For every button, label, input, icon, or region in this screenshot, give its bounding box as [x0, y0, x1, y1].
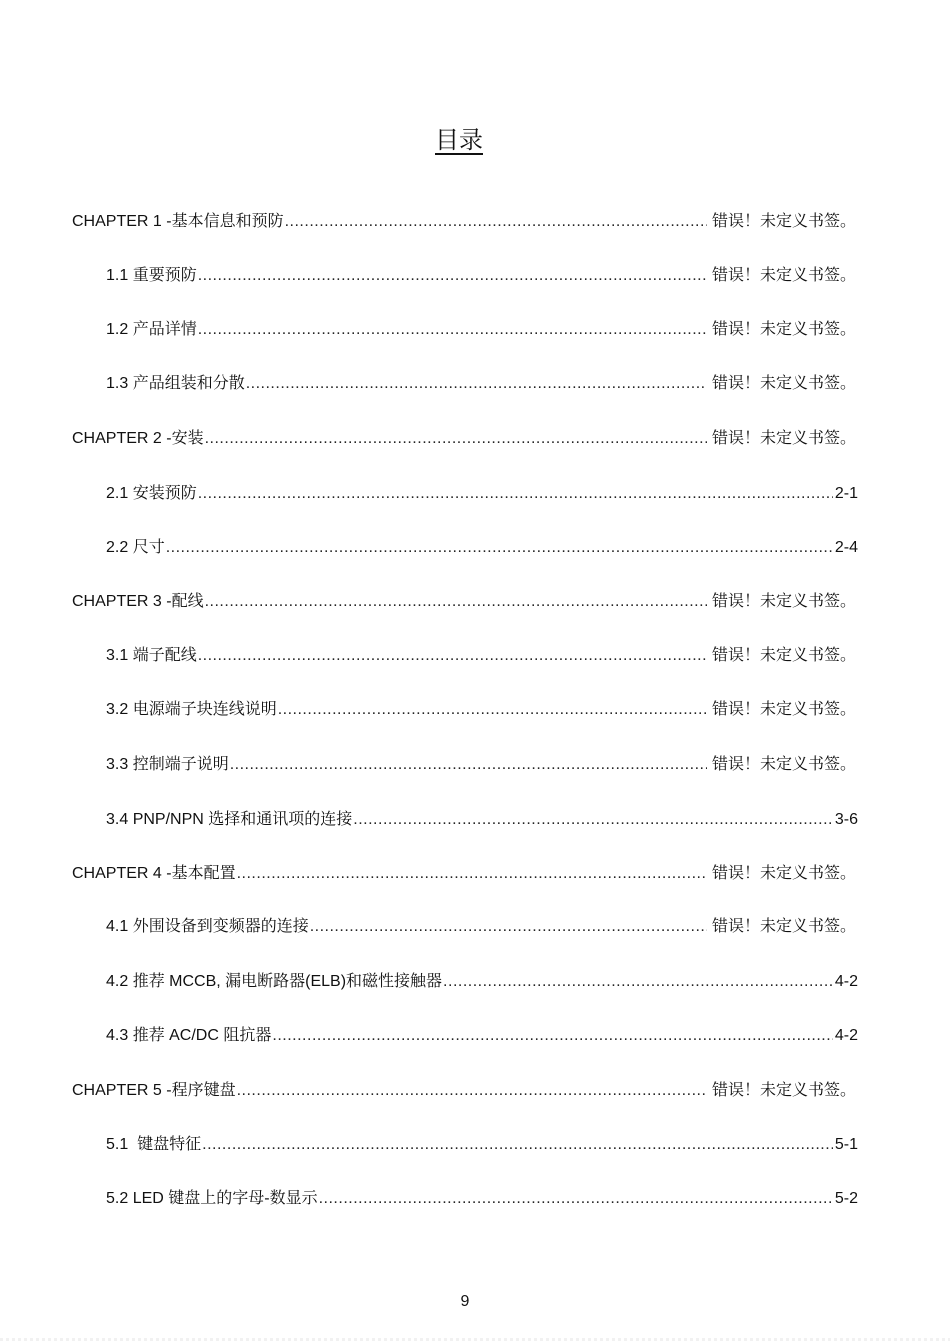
- page-reference: 5-1: [835, 1134, 858, 1156]
- page-bottom-edge: [0, 1338, 950, 1341]
- dot-leader: [285, 211, 707, 233]
- page-reference: 错误！未定义书签。: [709, 754, 856, 776]
- dot-leader: [205, 428, 707, 450]
- page-reference: 错误！未定义书签。: [709, 428, 856, 450]
- entry-title: 1.3 产品组装和分散: [106, 373, 245, 395]
- dot-leader: [278, 699, 707, 721]
- toc-entry-1-2[interactable]: 1.2 产品详情 错误！未定义书签。: [106, 319, 856, 341]
- page-reference: 错误！未定义书签。: [709, 1080, 856, 1102]
- page-number: 9: [0, 1292, 930, 1312]
- toc-entry-4-1[interactable]: 4.1 外围设备到变频器的连接 错误！未定义书签。: [106, 916, 856, 938]
- chapter-label: CHAPTER 5 -: [72, 1080, 172, 1102]
- dot-leader: [198, 319, 707, 341]
- dot-leader: [198, 265, 707, 287]
- toc-entry-1-1[interactable]: 1.1 重要预防 错误！未定义书签。: [106, 265, 856, 287]
- entry-title: 4.1 外围设备到变频器的连接: [106, 916, 309, 938]
- entry-title: 基本配置: [172, 863, 236, 885]
- dot-leader: [198, 645, 707, 667]
- entry-title: 2.2 尺寸: [106, 537, 165, 559]
- chapter-label: CHAPTER 2 -: [72, 428, 172, 450]
- dot-leader: [246, 373, 707, 395]
- dot-leader: [202, 1134, 833, 1156]
- entry-title: 3.1 端子配线: [106, 645, 197, 667]
- page-reference: 3-6: [835, 809, 858, 831]
- toc-entry-chapter-5[interactable]: CHAPTER 5 - 程序键盘 错误！未定义书签。: [72, 1080, 856, 1102]
- entry-title: 安装: [172, 428, 204, 450]
- page-reference: 错误！未定义书签。: [709, 265, 856, 287]
- toc-entry-chapter-2[interactable]: CHAPTER 2 - 安装 错误！未定义书签。: [72, 428, 856, 450]
- toc-entry-2-2[interactable]: 2.2 尺寸 2-4: [106, 537, 858, 559]
- page-reference: 4-2: [835, 971, 858, 993]
- entry-title: 3.3 控制端子说明: [106, 754, 229, 776]
- entry-title: 3.2 电源端子块连线说明: [106, 699, 277, 721]
- entry-title: 配线: [172, 591, 204, 613]
- page-reference: 4-2: [835, 1025, 858, 1047]
- toc-entry-2-1[interactable]: 2.1 安装预防 2-1: [106, 483, 858, 505]
- dot-leader: [310, 916, 707, 938]
- dot-leader: [205, 591, 707, 613]
- toc-entry-5-1[interactable]: 5.1 键盘特征 5-1: [106, 1134, 858, 1156]
- entry-title: 4.2 推荐 MCCB, 漏电断路器(ELB)和磁性接触器: [106, 971, 442, 993]
- toc-entry-chapter-1[interactable]: CHAPTER 1 - 基本信息和预防 错误！未定义书签。: [72, 211, 856, 233]
- toc-entry-3-3[interactable]: 3.3 控制端子说明 错误！未定义书签。: [106, 754, 856, 776]
- dot-leader: [166, 537, 833, 559]
- page-reference: 错误！未定义书签。: [709, 863, 856, 885]
- entry-title: 基本信息和预防: [172, 211, 284, 233]
- toc-entry-4-3[interactable]: 4.3 推荐 AC/DC 阻抗器 4-2: [106, 1025, 858, 1047]
- toc-entry-3-4[interactable]: 3.4 PNP/NPN 选择和通讯项的连接 3-6: [106, 809, 858, 831]
- chapter-label: CHAPTER 4 -: [72, 863, 172, 885]
- toc-entry-3-2[interactable]: 3.2 电源端子块连线说明 错误！未定义书签。: [106, 699, 856, 721]
- page-reference: 5-2: [835, 1188, 858, 1210]
- entry-title: 程序键盘: [172, 1080, 236, 1102]
- dot-leader: [237, 1080, 707, 1102]
- entry-title: 1.2 产品详情: [106, 319, 197, 341]
- toc-entry-4-2[interactable]: 4.2 推荐 MCCB, 漏电断路器(ELB)和磁性接触器 4-2: [106, 971, 858, 993]
- entry-title: 3.4 PNP/NPN 选择和通讯项的连接: [106, 809, 352, 831]
- toc-heading: 目录: [0, 126, 918, 156]
- page-reference: 错误！未定义书签。: [709, 373, 856, 395]
- toc-entry-5-2[interactable]: 5.2 LED 键盘上的字母-数显示 5-2: [106, 1188, 858, 1210]
- toc-heading-text: 目录: [435, 127, 483, 154]
- toc-entry-3-1[interactable]: 3.1 端子配线 错误！未定义书签。: [106, 645, 856, 667]
- toc-entry-chapter-4[interactable]: CHAPTER 4 - 基本配置 错误！未定义书签。: [72, 863, 856, 885]
- page-reference: 错误！未定义书签。: [709, 591, 856, 613]
- chapter-label: CHAPTER 1 -: [72, 211, 172, 233]
- dot-leader: [230, 754, 707, 776]
- page-reference: 2-1: [835, 483, 858, 505]
- page-reference: 错误！未定义书签。: [709, 645, 856, 667]
- dot-leader: [319, 1188, 833, 1210]
- dot-leader: [443, 971, 833, 993]
- page-reference: 错误！未定义书签。: [709, 319, 856, 341]
- entry-title: 2.1 安装预防: [106, 483, 197, 505]
- dot-leader: [353, 809, 833, 831]
- entry-title: 5.2 LED 键盘上的字母-数显示: [106, 1188, 318, 1210]
- page-reference: 错误！未定义书签。: [709, 916, 856, 938]
- dot-leader: [237, 863, 707, 885]
- page-reference: 错误！未定义书签。: [709, 699, 856, 721]
- chapter-label: CHAPTER 3 -: [72, 591, 172, 613]
- toc-entry-chapter-3[interactable]: CHAPTER 3 - 配线 错误！未定义书签。: [72, 591, 856, 613]
- dot-leader: [272, 1025, 833, 1047]
- toc-entry-1-3[interactable]: 1.3 产品组装和分散 错误！未定义书签。: [106, 373, 856, 395]
- entry-title: 1.1 重要预防: [106, 265, 197, 287]
- entry-title: 4.3 推荐 AC/DC 阻抗器: [106, 1025, 271, 1047]
- dot-leader: [198, 483, 833, 505]
- page-reference: 2-4: [835, 537, 858, 559]
- entry-title: 5.1 键盘特征: [106, 1134, 201, 1156]
- page-reference: 错误！未定义书签。: [709, 211, 856, 233]
